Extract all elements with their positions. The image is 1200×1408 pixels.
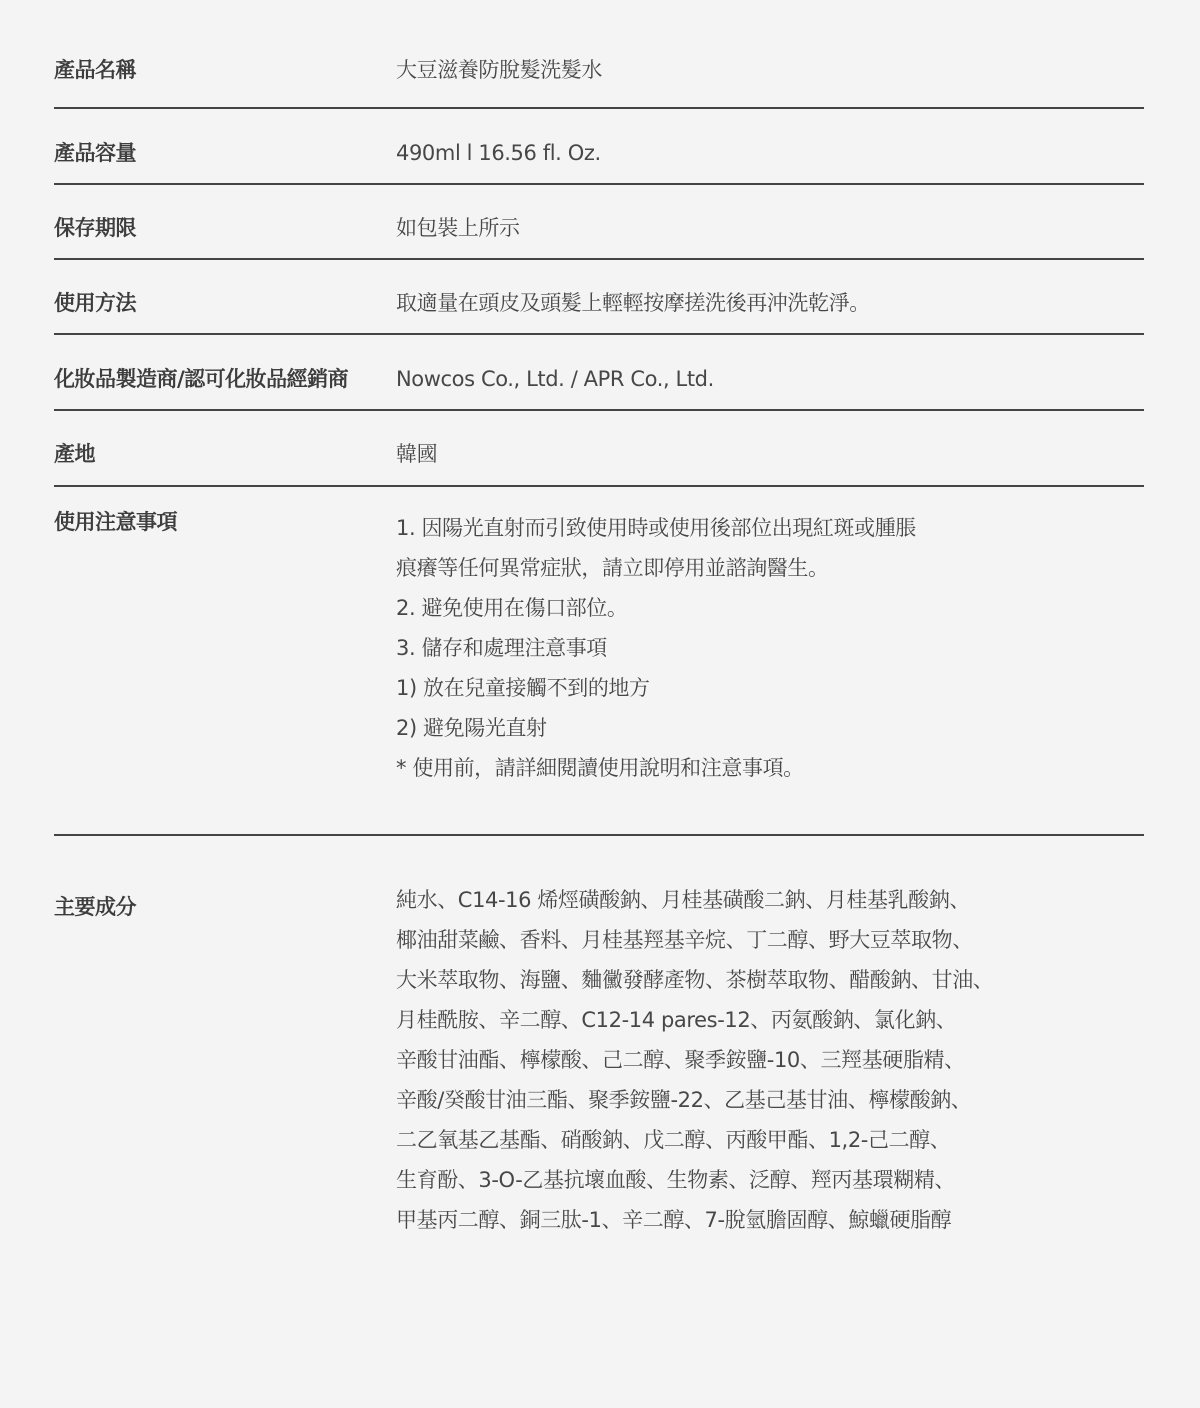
spec-label: 產地 bbox=[54, 439, 396, 469]
spec-label: 化妝品製造商/認可化妝品經銷商 bbox=[54, 364, 396, 394]
spec-label: 保存期限 bbox=[54, 213, 396, 243]
ingredient-line: 月桂酰胺、辛二醇、C12-14 pares-12、丙氨酸鈉、氯化鈉、 bbox=[396, 1000, 1144, 1040]
spec-row-ingredients: 主要成分 純水、C14-16 烯烴磺酸鈉、月桂基磺酸二鈉、月桂基乳酸鈉、 椰油甜… bbox=[54, 836, 1144, 1240]
spec-value: 大豆滋養防脫髮洗髮水 bbox=[396, 55, 1144, 85]
ingredient-line: 二乙氧基乙基酯、硝酸鈉、戊二醇、丙酸甲酯、1,2-己二醇、 bbox=[396, 1120, 1144, 1160]
ingredient-line: 純水、C14-16 烯烴磺酸鈉、月桂基磺酸二鈉、月桂基乳酸鈉、 bbox=[396, 880, 1144, 920]
ingredient-line: 大米萃取物、海鹽、麯黴發酵產物、茶樹萃取物、醋酸鈉、甘油、 bbox=[396, 960, 1144, 1000]
spec-value: Nowcos Co., Ltd. / APR Co., Ltd. bbox=[396, 364, 1144, 394]
spec-row-usage: 使用方法 取適量在頭皮及頭髮上輕輕按摩搓洗後再沖洗乾淨。 bbox=[54, 260, 1144, 335]
precaution-line: 3. 儲存和處理注意事項 bbox=[396, 628, 1144, 668]
spec-row-manufacturer: 化妝品製造商/認可化妝品經銷商 Nowcos Co., Ltd. / APR C… bbox=[54, 335, 1144, 411]
precaution-line: * 使用前，請詳細閱讀使用說明和注意事項。 bbox=[396, 748, 1144, 788]
ingredient-line: 辛酸/癸酸甘油三酯、聚季銨鹽-22、乙基己基甘油、檸檬酸鈉、 bbox=[396, 1080, 1144, 1120]
spec-label: 使用方法 bbox=[54, 288, 396, 318]
precaution-line: 1. 因陽光直射而引致使用時或使用後部位出現紅斑或腫脹 bbox=[396, 508, 1144, 548]
spec-row-precautions: 使用注意事項 1. 因陽光直射而引致使用時或使用後部位出現紅斑或腫脹 痕癢等任何… bbox=[54, 487, 1144, 836]
spec-value: 490ml l 16.56 fl. Oz. bbox=[396, 138, 1144, 168]
spec-label: 使用注意事項 bbox=[54, 507, 396, 537]
precaution-line: 2) 避免陽光直射 bbox=[396, 708, 1144, 748]
precautions-text: 1. 因陽光直射而引致使用時或使用後部位出現紅斑或腫脹 痕癢等任何異常症狀，請立… bbox=[396, 508, 1144, 788]
spec-value: 取適量在頭皮及頭髮上輕輕按摩搓洗後再沖洗乾淨。 bbox=[396, 288, 1144, 318]
spec-row-shelf-life: 保存期限 如包裝上所示 bbox=[54, 185, 1144, 260]
spec-label: 產品名稱 bbox=[54, 55, 396, 85]
ingredient-line: 椰油甜菜鹼、香料、月桂基羥基辛烷、丁二醇、野大豆萃取物、 bbox=[396, 920, 1144, 960]
spec-row-volume: 產品容量 490ml l 16.56 fl. Oz. bbox=[54, 109, 1144, 185]
spec-value: 韓國 bbox=[396, 439, 1144, 469]
spec-label: 產品容量 bbox=[54, 138, 396, 168]
spec-value: 如包裝上所示 bbox=[396, 213, 1144, 243]
product-spec-table: 產品名稱 大豆滋養防脫髮洗髮水 產品容量 490ml l 16.56 fl. O… bbox=[54, 0, 1144, 1240]
ingredient-line: 辛酸甘油酯、檸檬酸、己二醇、聚季銨鹽-10、三羥基硬脂精、 bbox=[396, 1040, 1144, 1080]
ingredients-text: 純水、C14-16 烯烴磺酸鈉、月桂基磺酸二鈉、月桂基乳酸鈉、 椰油甜菜鹼、香料… bbox=[396, 880, 1144, 1240]
spec-row-origin: 產地 韓國 bbox=[54, 411, 1144, 487]
spec-label: 主要成分 bbox=[54, 892, 396, 922]
spec-row-product-name: 產品名稱 大豆滋養防脫髮洗髮水 bbox=[54, 0, 1144, 109]
precaution-line: 痕癢等任何異常症狀，請立即停用並諮詢醫生。 bbox=[396, 548, 1144, 588]
ingredient-line: 生育酚、3-O-乙基抗壞血酸、生物素、泛醇、羥丙基環糊精、 bbox=[396, 1160, 1144, 1200]
precaution-line: 1) 放在兒童接觸不到的地方 bbox=[396, 668, 1144, 708]
ingredient-line: 甲基丙二醇、銅三肽-1、辛二醇、7-脫氫膽固醇、鯨蠟硬脂醇 bbox=[396, 1200, 1144, 1240]
precaution-line: 2. 避免使用在傷口部位。 bbox=[396, 588, 1144, 628]
